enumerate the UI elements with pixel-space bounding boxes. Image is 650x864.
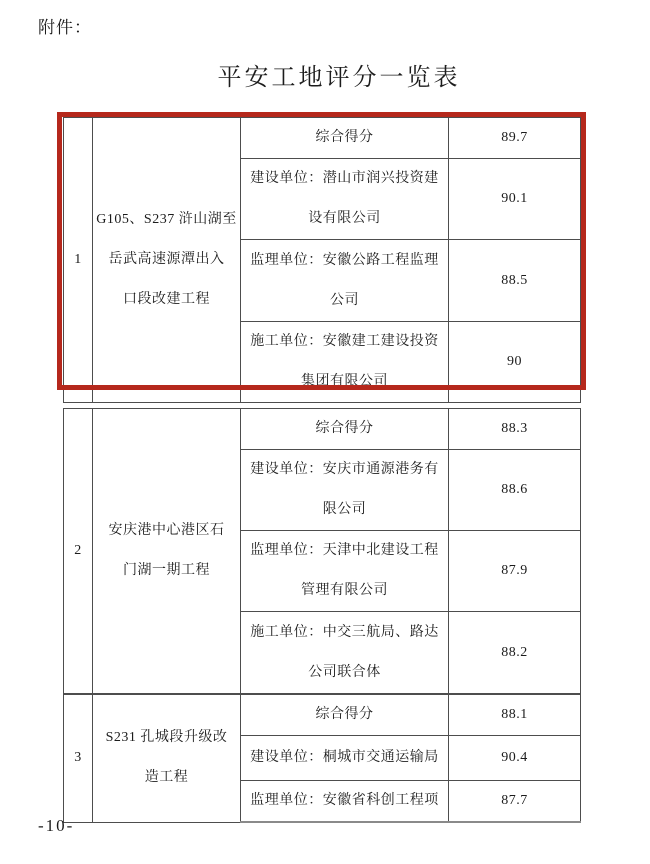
score-value-cell: 88.2: [449, 612, 581, 694]
project-name-line: 造工程: [93, 758, 240, 798]
score-label-cell: 综合得分: [241, 118, 449, 159]
project-name-line: 岳武高速源潭出入: [93, 240, 240, 280]
label-line: 监理单位：天津中北建设工程: [241, 531, 448, 571]
label-line: 建设单位：安庆市通源港务有: [241, 450, 448, 490]
page-number: -10-: [38, 816, 74, 836]
score-value-cell: 89.7: [449, 118, 581, 159]
score-label-cell: 监理单位：安徽公路工程监理 公司: [241, 240, 449, 322]
project-name-line: 口段改建工程: [93, 280, 240, 320]
score-label-cell: 综合得分: [241, 695, 449, 736]
project-1-section: 1 G105、S237 浒山湖至 岳武高速源潭出入 口段改建工程 综合得分 89…: [63, 117, 581, 403]
label-line: 监理单位：安徽公路工程监理: [241, 241, 448, 281]
score-value-cell: 88.3: [449, 409, 581, 450]
label-line: 集团有限公司: [241, 362, 448, 402]
score-label-cell: 建设单位：潜山市润兴投资建 设有限公司: [241, 159, 449, 240]
label-line: 建设单位：桐城市交通运输局: [241, 738, 448, 778]
label-line: 公司联合体: [241, 653, 448, 693]
score-value-cell: 90.1: [449, 159, 581, 240]
project-name-line: 门湖一期工程: [93, 551, 240, 591]
score-label-cell: 施工单位：安徽建工建设投资 集团有限公司: [241, 322, 449, 403]
score-label-cell: 建设单位：桐城市交通运输局: [241, 736, 449, 781]
score-value-cell: 88.6: [449, 450, 581, 531]
project-3-section: 3 S231 孔城段升级改 造工程 综合得分 88.1 建设单位：桐城市交通运输…: [63, 694, 581, 823]
project-name-line: S231 孔城段升级改: [93, 718, 240, 758]
score-label-cell: 建设单位：安庆市通源港务有 限公司: [241, 450, 449, 531]
project-name-cell: G105、S237 浒山湖至 岳武高速源潭出入 口段改建工程: [93, 118, 241, 403]
label-line: 公司: [241, 281, 448, 321]
project-number-cell: 2: [64, 409, 93, 694]
project-name-cell: 安庆港中心港区石 门湖一期工程: [93, 409, 241, 694]
attachment-label: 附件：: [38, 13, 92, 38]
label-line: 监理单位：安徽省科创工程项: [241, 781, 448, 821]
project-number-cell: 1: [64, 118, 93, 403]
label-line: 设有限公司: [241, 199, 448, 239]
project-name-line: G105、S237 浒山湖至: [93, 200, 240, 240]
score-table: 1 G105、S237 浒山湖至 岳武高速源潭出入 口段改建工程 综合得分 89…: [63, 117, 580, 823]
score-value-cell: 87.7: [449, 781, 581, 823]
project-number-cell: 3: [64, 695, 93, 823]
score-value-cell: 90.4: [449, 736, 581, 781]
label-line: 施工单位：安徽建工建设投资: [241, 322, 448, 362]
label-line: 限公司: [241, 490, 448, 530]
label-line: 施工单位：中交三航局、路达: [241, 613, 448, 653]
project-name-line: 安庆港中心港区石: [93, 511, 240, 551]
score-value-cell: 90: [449, 322, 581, 403]
project-2-section: 2 安庆港中心港区石 门湖一期工程 综合得分 88.3 建设单位：安庆市通源港务…: [63, 408, 581, 694]
score-value-cell: 88.5: [449, 240, 581, 322]
page-title: 平安工地评分一览表: [0, 57, 650, 92]
score-label-cell: 综合得分: [241, 409, 449, 450]
project-name-cell: S231 孔城段升级改 造工程: [93, 695, 241, 823]
label-line: 管理有限公司: [241, 571, 448, 611]
score-value-cell: 87.9: [449, 531, 581, 612]
score-value-cell: 88.1: [449, 695, 581, 736]
label-line: 综合得分: [241, 695, 448, 735]
label-line: 综合得分: [241, 118, 448, 158]
score-label-cell: 监理单位：安徽省科创工程项: [241, 781, 449, 823]
label-line: 建设单位：潜山市润兴投资建: [241, 159, 448, 199]
score-label-cell: 施工单位：中交三航局、路达 公司联合体: [241, 612, 449, 694]
score-label-cell: 监理单位：天津中北建设工程 管理有限公司: [241, 531, 449, 612]
label-line: 综合得分: [241, 409, 448, 449]
